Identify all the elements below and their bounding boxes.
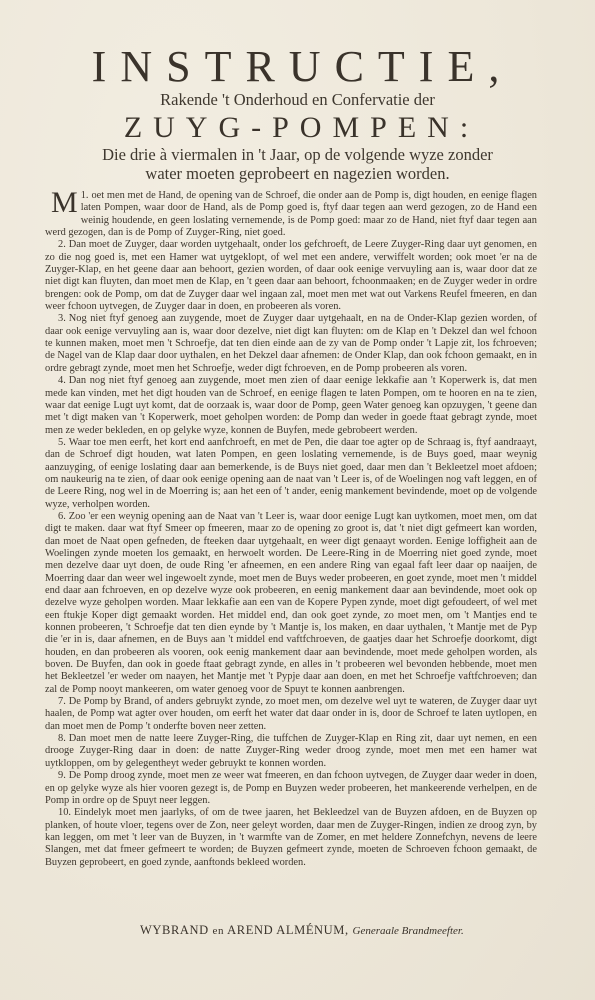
document-page: INSTRUCTIE, Rakende 't Onderhoud en Conf… — [0, 0, 595, 1000]
paragraph-text: Waar toe men eerft, het kort end aanfchr… — [45, 437, 537, 510]
paragraph-number: 10. — [58, 807, 71, 818]
signature-line: WYBRAND en AREND ALMÉNUM, Generaale Bran… — [140, 923, 560, 938]
paragraph-text: Eindelyk moet men jaarlyks, of om de twe… — [45, 807, 537, 867]
paragraph-number: 9. — [58, 770, 66, 781]
instruction-paragraph-6: 6.Zoo 'er een weynig opening aan de Naat… — [45, 511, 537, 696]
paragraph-text: Dan moet men de natte leere Zuyger-Ring,… — [45, 733, 537, 769]
paragraph-number: 7. — [58, 696, 66, 707]
paragraph-number: 4. — [58, 375, 66, 386]
paragraph-number: 6. — [58, 511, 66, 522]
paragraph-text: Dan moet de Zuyger, daar worden uytgehaa… — [45, 239, 537, 312]
signatory-name-1: WYBRAND — [140, 923, 209, 937]
paragraph-text: Nog niet ftyf genoeg aan zuygende, moet … — [45, 313, 537, 373]
drop-cap: M — [51, 191, 78, 215]
paragraph-number: 1. — [81, 190, 89, 201]
instruction-paragraph-3: 3.Nog niet ftyf genoeg aan zuygende, moe… — [45, 313, 537, 375]
paragraph-text: De Pomp droog zynde, moet men ze weer wa… — [45, 770, 537, 806]
paragraph-text: oet men met de Hand, de opening van de S… — [45, 190, 537, 238]
instruction-paragraph-4: 4.Dan nog niet ftyf genoeg aan zuygende,… — [45, 375, 537, 437]
paragraph-number: 8. — [58, 733, 66, 744]
document-title-secondary: ZUYG-POMPEN: — [0, 110, 595, 146]
paragraph-text: Zoo 'er een weynig opening aan de Naat v… — [45, 511, 537, 695]
signature-conjunction: en — [213, 925, 225, 937]
document-subheading: Die drie à viermalen in 't Jaar, op de v… — [0, 145, 595, 183]
signatory-name-2: AREND ALMÉNUM, — [227, 923, 349, 937]
instruction-paragraph-8: 8.Dan moet men de natte leere Zuyger-Rin… — [45, 733, 537, 770]
paragraph-text: De Pomp by Brand, of anders gebruykt zyn… — [45, 696, 537, 732]
signatory-role: Generaale Brandmeefter. — [353, 925, 464, 937]
instruction-paragraph-9: 9.De Pomp droog zynde, moet men ze weer … — [45, 770, 537, 807]
document-title: INSTRUCTIE, — [0, 45, 595, 89]
instruction-paragraph-7: 7.De Pomp by Brand, of anders gebruykt z… — [45, 696, 537, 733]
instruction-paragraph-1: 1.Moet men met de Hand, de opening van d… — [45, 190, 537, 239]
document-subtitle: Rakende 't Onderhoud en Confervatie der — [0, 90, 595, 110]
subheading-line-1: Die drie à viermalen in 't Jaar, op de v… — [0, 145, 595, 164]
instruction-body: 1.Moet men met de Hand, de opening van d… — [45, 190, 537, 869]
paragraph-number: 2. — [58, 239, 66, 250]
instruction-paragraph-10: 10.Eindelyk moet men jaarlyks, of om de … — [45, 807, 537, 869]
paragraph-number: 3. — [58, 313, 66, 324]
paragraph-number: 5. — [58, 437, 66, 448]
subheading-line-2: water moeten geprobeert en nagezien word… — [0, 164, 595, 183]
instruction-paragraph-5: 5.Waar toe men eerft, het kort end aanfc… — [45, 437, 537, 511]
paragraph-text: Dan nog niet ftyf genoeg aan zuygende, m… — [45, 375, 537, 435]
instruction-paragraph-2: 2.Dan moet de Zuyger, daar worden uytgeh… — [45, 239, 537, 313]
